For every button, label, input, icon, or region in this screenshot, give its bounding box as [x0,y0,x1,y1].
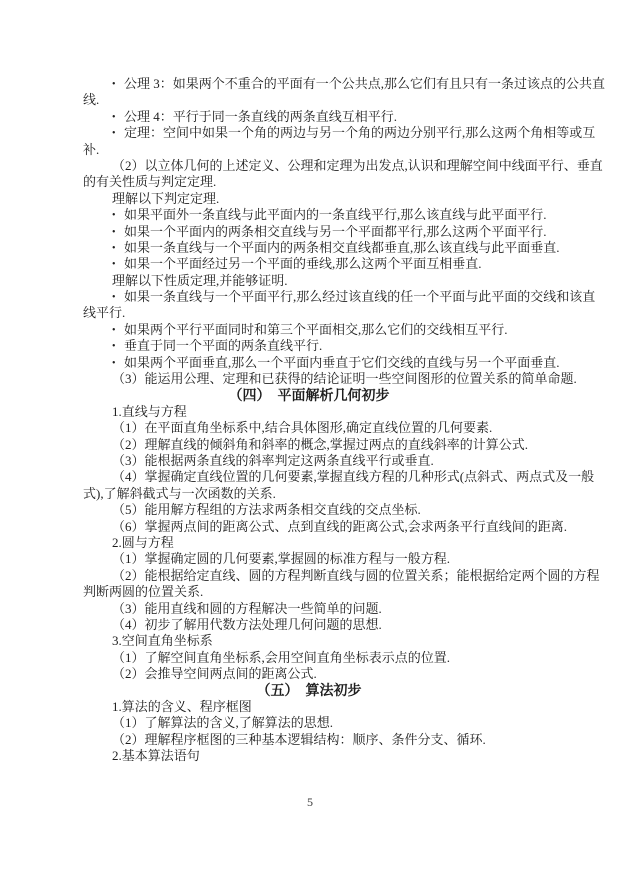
line-text: 2.基本算法语句 [112,748,200,763]
bullet-line: •如果平面外一条直线与此平面内的一条直线平行,那么该直线与此平面平行. [112,207,535,223]
bullet-line: •如果一条直线与一个平面内的两条相交直线都垂直,那么该直线与此平面垂直. [112,240,535,256]
line-text: 公理 3：如果两个不重合的平面有一个公共点,那么它们有且只有一条过该点的公共直 [124,76,605,91]
paragraph-line: （3）能运用公理、定理和已获得的结论证明一些空间图形的位置关系的简单命题. [112,371,535,387]
document-page: •公理 3：如果两个不重合的平面有一个公共点,那么它们有且只有一条过该点的公共直… [0,0,620,877]
paragraph-line: （2）理解直线的倾斜角和斜率的概念,掌握过两点的直线斜率的计算公式. [112,437,535,453]
line-text: （1）在平面直角坐标系中,结合具体图形,确定直线位置的几何要素. [112,420,492,435]
bullet-icon: • [112,356,124,372]
line-text: （四） 平面解析几何初步 [229,387,390,403]
paragraph-line: （3）能用直线和圆的方程解决一些简单的问题. [112,601,535,617]
line-text: 线平行. [83,305,125,320]
line-text: 定理：空间中如果一个角的两边与另一个角的两边分别平行,那么这两个角相等或互 [124,125,595,140]
sub-heading: 理解以下性质定理,并能够证明. [112,273,535,289]
sub-heading: 2.基本算法语句 [112,748,535,764]
paragraph-line: （1）在平面直角坐标系中,结合具体图形,确定直线位置的几何要素. [112,420,535,436]
bullet-icon: • [112,110,124,126]
line-text: （1）了解空间直角坐标系,会用空间直角坐标表示点的位置. [112,650,450,665]
line-text: 垂直于同一个平面的两条直线平行. [124,338,322,353]
line-text: 式),了解斜截式与一次函数的关系. [83,486,276,501]
line-text: 补. [83,142,99,157]
line-text: （4）初步了解用代数方法处理几何问题的思想. [112,617,382,632]
sub-heading: 1.直线与方程 [112,404,535,420]
bullet-icon: • [112,208,124,224]
sub-heading: 2.圆与方程 [112,535,535,551]
bullet-icon: • [112,241,124,257]
paragraph-line: （6）掌握两点间的距离公式、点到直线的距离公式,会求两条平行直线间的距离. [112,519,535,535]
bullet-line: •如果两个平行平面同时和第三个平面相交,那么它们的交线相互平行. [112,322,535,338]
line-text: （2）以立体几何的上述定义、公理和定理为出发点,认识和理解空间中线面平行、垂直 [112,158,603,173]
continuation-line: 判断两圆的位置关系. [83,584,535,600]
line-text: （6）掌握两点间的距离公式、点到直线的距离公式,会求两条平行直线间的距离. [112,519,567,534]
paragraph-line: （2）能根据给定直线、圆的方程判断直线与圆的位置关系；能根据给定两个圆的方程 [112,568,535,584]
continuation-line: 线平行. [83,305,535,321]
line-text: 1.算法的含义、程序框图 [112,699,252,714]
line-text: 如果一个平面经过另一个平面的垂线,那么这两个平面互相垂直. [124,256,482,271]
bullet-icon: • [112,77,124,93]
line-text: （3）能用直线和圆的方程解决一些简单的问题. [112,601,382,616]
bullet-line: •如果一个平面内的两条相交直线与另一个平面都平行,那么这两个平面平行. [112,224,535,240]
paragraph-line: （2）以立体几何的上述定义、公理和定理为出发点,认识和理解空间中线面平行、垂直 [112,158,535,174]
paragraph-line: （2）理解程序框图的三种基本逻辑结构：顺序、条件分支、循环. [112,732,535,748]
bullet-line: •公理 3：如果两个不重合的平面有一个公共点,那么它们有且只有一条过该点的公共直 [112,76,535,92]
page-number: 5 [0,795,620,810]
paragraph-line: （1）掌握确定圆的几何要素,掌握圆的标准方程与一般方程. [112,551,535,567]
line-text: （1）了解算法的含义,了解算法的思想. [112,715,333,730]
line-text: 1.直线与方程 [112,404,187,419]
line-text: 如果两个平面垂直,那么一个平面内垂直于它们交线的直线与另一个平面垂直. [124,355,560,370]
bullet-icon: • [112,323,124,339]
paragraph-line: （4）初步了解用代数方法处理几何问题的思想. [112,617,535,633]
line-text: 如果平面外一条直线与此平面内的一条直线平行,那么该直线与此平面平行. [124,207,547,222]
bullet-line: •公理 4：平行于同一条直线的两条直线互相平行. [112,109,535,125]
line-text: （3）能根据两条直线的斜率判定这两条直线平行或垂直. [112,453,434,468]
bullet-line: •如果一个平面经过另一个平面的垂线,那么这两个平面互相垂直. [112,256,535,272]
sub-heading: 3.空间直角坐标系 [112,633,535,649]
line-text: 2.圆与方程 [112,535,174,550]
bullet-line: •如果两个平面垂直,那么一个平面内垂直于它们交线的直线与另一个平面垂直. [112,355,535,371]
continuation-line: 线. [83,92,535,108]
line-text: （3）能运用公理、定理和已获得的结论证明一些空间图形的位置关系的简单命题. [112,371,577,386]
continuation-line: 的有关性质与判定定理. [83,174,535,190]
line-text: （1）掌握确定圆的几何要素,掌握圆的标准方程与一般方程. [112,551,450,566]
line-text: （五） 算法初步 [257,682,362,698]
line-text: （2）会推导空间两点间的距离公式. [112,666,317,681]
bullet-icon: • [112,225,124,241]
line-text: 的有关性质与判定定理. [83,174,216,189]
paragraph-line: （5）能用解方程组的方法求两条相交直线的交点坐标. [112,502,535,518]
line-text: 如果一个平面内的两条相交直线与另一个平面都平行,那么这两个平面平行. [124,224,547,239]
line-text: 如果两个平行平面同时和第三个平面相交,那么它们的交线相互平行. [124,322,508,337]
line-text: 判断两圆的位置关系. [83,584,203,599]
sub-heading: 1.算法的含义、程序框图 [112,699,535,715]
bullet-icon: • [112,339,124,355]
bullet-line: •如果一条直线与一个平面平行,那么经过该直线的任一个平面与此平面的交线和该直 [112,289,535,305]
bullet-icon: • [112,257,124,273]
line-text: 如果一条直线与一个平面平行,那么经过该直线的任一个平面与此平面的交线和该直 [124,289,595,304]
document-text: •公理 3：如果两个不重合的平面有一个公共点,那么它们有且只有一条过该点的公共直… [83,76,535,764]
line-text: （4）掌握确定直线位置的几何要素,掌握直线方程的几种形式(点斜式、两点式及一般 [112,469,594,484]
line-text: 如果一条直线与一个平面内的两条相交直线都垂直,那么该直线与此平面垂直. [124,240,560,255]
bullet-line: •定理：空间中如果一个角的两边与另一个角的两边分别平行,那么这两个角相等或互 [112,125,535,141]
line-text: （2）能根据给定直线、圆的方程判断直线与圆的位置关系；能根据给定两个圆的方程 [112,568,600,583]
line-text: 理解以下判定定理. [112,191,219,206]
paragraph-line: （4）掌握确定直线位置的几何要素,掌握直线方程的几种形式(点斜式、两点式及一般 [112,469,535,485]
paragraph-line: （2）会推导空间两点间的距离公式. [112,666,535,682]
line-text: 3.空间直角坐标系 [112,633,213,648]
line-text: （2）理解程序框图的三种基本逻辑结构：顺序、条件分支、循环. [112,732,486,747]
section-heading: （四） 平面解析几何初步 [83,387,535,403]
paragraph-line: （3）能根据两条直线的斜率判定这两条直线平行或垂直. [112,453,535,469]
line-text: 公理 4：平行于同一条直线的两条直线互相平行. [124,109,397,124]
continuation-line: 式),了解斜截式与一次函数的关系. [83,486,535,502]
line-text: 线. [83,92,99,107]
line-text: （2）理解直线的倾斜角和斜率的概念,掌握过两点的直线斜率的计算公式. [112,437,528,452]
bullet-icon: • [112,126,124,142]
bullet-icon: • [112,290,124,306]
section-heading: （五） 算法初步 [83,682,535,698]
line-text: （5）能用解方程组的方法求两条相交直线的交点坐标. [112,502,421,517]
line-text: 理解以下性质定理,并能够证明. [112,273,288,288]
paragraph-line: （1）了解空间直角坐标系,会用空间直角坐标表示点的位置. [112,650,535,666]
continuation-line: 补. [83,142,535,158]
bullet-line: •垂直于同一个平面的两条直线平行. [112,338,535,354]
paragraph-line: （1）了解算法的含义,了解算法的思想. [112,715,535,731]
sub-heading: 理解以下判定定理. [112,191,535,207]
